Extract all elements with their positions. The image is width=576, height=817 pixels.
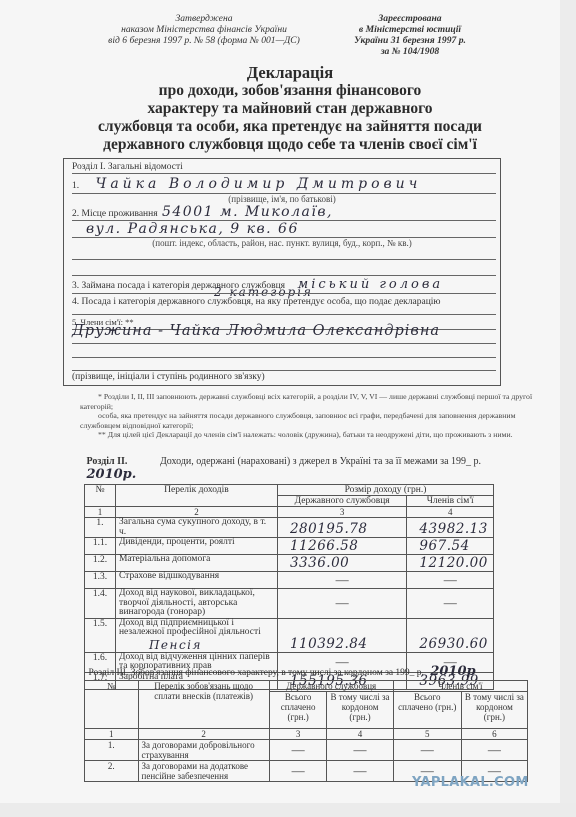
row-number: 1. <box>85 740 139 761</box>
col-header-amount: Розмір доходу (грн.) <box>277 485 493 496</box>
row-name-cell: Доход від підприємницької і незалежної п… <box>115 618 277 652</box>
col-header-abroad: В тому числі за кордоном (грн.) <box>461 692 527 729</box>
income-row: 1.4.Доход від наукової, викладацької, тв… <box>85 589 494 619</box>
footnotes: * Розділи І, ІІ, ІІІ заповнюють державні… <box>80 392 550 440</box>
watermark-logo: YAPLAKAL.COM <box>412 775 529 790</box>
field-value-family: Дружина - Чайка Людмила Олександрівна <box>72 323 440 339</box>
section-heading: Розділ ІІІ. Зобов'язання фінансового хар… <box>85 665 528 681</box>
row-name: Матеріальна допомога <box>119 555 274 565</box>
row-name: Страхове відшкодування <box>119 572 274 582</box>
scan-margin-bottom <box>0 803 576 817</box>
col-header-total-paid: Всього сплачено (грн.) <box>269 692 327 729</box>
rule <box>72 314 496 315</box>
handwritten-note: Пенсія <box>149 638 202 652</box>
row-name: Доход від наукової, викладацької, творчо… <box>119 589 274 618</box>
col-index: 2 <box>138 729 269 740</box>
row-number: 1. <box>85 518 116 538</box>
approval-line: наказом Міністерства фінансів України <box>84 24 324 35</box>
amount-family: 43982.13 <box>407 518 494 538</box>
row-name-cell: Дивіденди, проценти, роялті <box>115 538 277 555</box>
col-header-official: Державного службовця <box>277 496 406 507</box>
row-name-cell: Доход від наукової, викладацької, творчо… <box>115 589 277 619</box>
footnote: особа, яка претендує на зайняття посади … <box>80 411 550 430</box>
field-caption: (прізвище, ім'я, по батькові) <box>64 194 500 204</box>
row-name-cell: Страхове відшкодування <box>115 572 277 589</box>
col-header-family: Членів сім'ї <box>393 681 527 692</box>
registration-line: Зареєстрована <box>330 13 490 24</box>
value-cell: — <box>269 761 327 782</box>
amount-official: 3336.00 <box>277 555 406 572</box>
approval-note: Затверджена наказом Міністерства фінансі… <box>84 13 324 46</box>
scan-margin <box>560 0 576 817</box>
title-line: Декларація <box>60 64 520 82</box>
col-index: 4 <box>407 507 494 518</box>
col-index: 3 <box>277 507 406 518</box>
row-number: 2. <box>85 761 139 782</box>
amount-family: — <box>407 572 494 589</box>
amount-official: 11266.58 <box>277 538 406 555</box>
section-heading: Розділ І. Загальні відомості <box>72 162 494 172</box>
field-target-position: 4. Посада і категорія державного службов… <box>72 297 494 307</box>
col-header-family: Членів сім'ї <box>407 496 494 507</box>
value-cell: — <box>327 761 393 782</box>
handwritten-year: 2010р <box>430 664 475 679</box>
rule <box>72 357 496 358</box>
section-title: Розділ ІІІ. Зобов'язання фінансового хар… <box>89 668 424 678</box>
col-header-no: № <box>85 485 116 507</box>
registration-line: за № 104/1908 <box>330 46 490 57</box>
row-name-cell: Загальна сума сукупного доходу, в т. ч. <box>115 518 277 538</box>
row-name: За договорами на додаткове пенсійне забе… <box>138 761 269 782</box>
field-label: 1. <box>72 181 79 191</box>
row-number: 1.3. <box>85 572 116 589</box>
value-cell: — <box>393 740 461 761</box>
obligations-table: Розділ ІІІ. Зобов'язання фінансового хар… <box>84 665 528 782</box>
rule <box>72 259 496 260</box>
obligation-row: 1.За договорами добровільного страхуванн… <box>85 740 528 761</box>
col-index: 3 <box>269 729 327 740</box>
registration-line: України 31 березня 1997 р. <box>330 35 490 46</box>
amount-family: 967.54 <box>407 538 494 555</box>
amount-family: 26930.60 <box>407 618 494 652</box>
col-header-abroad: В тому числі за кордоном (грн.) <box>327 692 393 729</box>
title-line: державного службовця щодо себе та членів… <box>60 136 520 154</box>
title-line: про доходи, зобов'язання фінансового <box>60 82 520 100</box>
amount-family: 12120.00 <box>407 555 494 572</box>
footnote: * Розділи І, ІІ, ІІІ заповнюють державні… <box>80 392 550 411</box>
income-row: 1.5.Доход від підприємницької і незалежн… <box>85 618 494 652</box>
amount-official: — <box>277 572 406 589</box>
amount-official: — <box>277 589 406 619</box>
field-full-name: 1. Чайка Володимир Дмитрович <box>72 176 494 192</box>
field-value-full-name: Чайка Володимир Дмитрович <box>96 176 422 192</box>
section-number: Розділ ІІ. <box>87 456 128 467</box>
amount-official: 280195.78 <box>277 518 406 538</box>
field-label: 2. Місце проживання <box>72 209 158 219</box>
value-cell: — <box>461 740 527 761</box>
row-number: 1.5. <box>85 618 116 652</box>
col-header-list: Перелік зобов'язань щодо сплати внесків … <box>138 681 269 729</box>
income-row: 1.2.Матеріальна допомога3336.0012120.00 <box>85 555 494 572</box>
row-name-cell: Матеріальна допомога <box>115 555 277 572</box>
registration-line: в Міністерстві юстиції <box>330 24 490 35</box>
income-row: 1.Загальна сума сукупного доходу, в т. ч… <box>85 518 494 538</box>
approval-line: Затверджена <box>84 13 324 24</box>
value-cell: — <box>327 740 393 761</box>
col-header-no: № <box>85 681 139 729</box>
section-heading: Розділ ІІ. Доходи, одержані (нараховані)… <box>85 454 494 485</box>
registration-note: Зареєстрована в Міністерстві юстиції Укр… <box>330 13 490 57</box>
col-index: 4 <box>327 729 393 740</box>
row-number: 1.1. <box>85 538 116 555</box>
document-title: Декларація про доходи, зобов'язання фіна… <box>60 64 520 154</box>
field-value-residence: 54001 м. Миколаїв, <box>162 204 333 220</box>
income-table: Розділ ІІ. Доходи, одержані (нараховані)… <box>84 454 494 690</box>
col-index: 2 <box>115 507 277 518</box>
row-name: Дивіденди, проценти, роялті <box>119 538 274 548</box>
row-number: 1.2. <box>85 555 116 572</box>
income-row: 1.1.Дивіденди, проценти, роялті11266.589… <box>85 538 494 555</box>
col-index: 1 <box>85 729 139 740</box>
section-title: Доходи, одержані (нараховані) з джерел в… <box>160 456 481 467</box>
title-line: службовця та особи, яка претендує на зай… <box>60 118 520 136</box>
value-cell: — <box>269 740 327 761</box>
income-row: 1.3.Страхове відшкодування—— <box>85 572 494 589</box>
col-index: 1 <box>85 507 116 518</box>
rule <box>72 293 496 294</box>
rule <box>72 343 496 344</box>
amount-official: 110392.84 <box>277 618 406 652</box>
rule <box>72 173 496 174</box>
field-caption: (прізвище, ініціали і ступінь родинного … <box>72 372 494 382</box>
handwritten-year: 2010р. <box>87 467 137 482</box>
field-residence: 2. Місце проживання 54001 м. Миколаїв, <box>72 204 494 220</box>
col-index: 6 <box>461 729 527 740</box>
row-number: 1.4. <box>85 589 116 619</box>
rule <box>72 370 496 371</box>
amount-family: — <box>407 589 494 619</box>
rule <box>72 275 496 276</box>
approval-line: від 6 березня 1997 р. № 58 (форма № 001—… <box>84 35 324 46</box>
field-value-residence: вул. Радянська, 9 кв. 66 <box>86 221 299 237</box>
col-header-list: Перелік доходів <box>115 485 277 507</box>
row-name: Доход від підприємницької і незалежної п… <box>119 619 274 638</box>
row-name: За договорами добровільного страхування <box>138 740 269 761</box>
section-general-info: Розділ І. Загальні відомості 1. Чайка Во… <box>63 158 501 386</box>
col-header-total-paid: Всього сплачено (грн.) <box>393 692 461 729</box>
col-index: 5 <box>393 729 461 740</box>
field-caption: (пошт. індекс, область, район, нас. пунк… <box>64 238 500 248</box>
footnote: ** Для цілей цієї Декларації до членів с… <box>80 430 550 440</box>
title-line: характеру та майновий стан державного <box>60 100 520 118</box>
col-header-official: Державного службовця <box>269 681 393 692</box>
row-name: Загальна сума сукупного доходу, в т. ч. <box>119 518 274 537</box>
